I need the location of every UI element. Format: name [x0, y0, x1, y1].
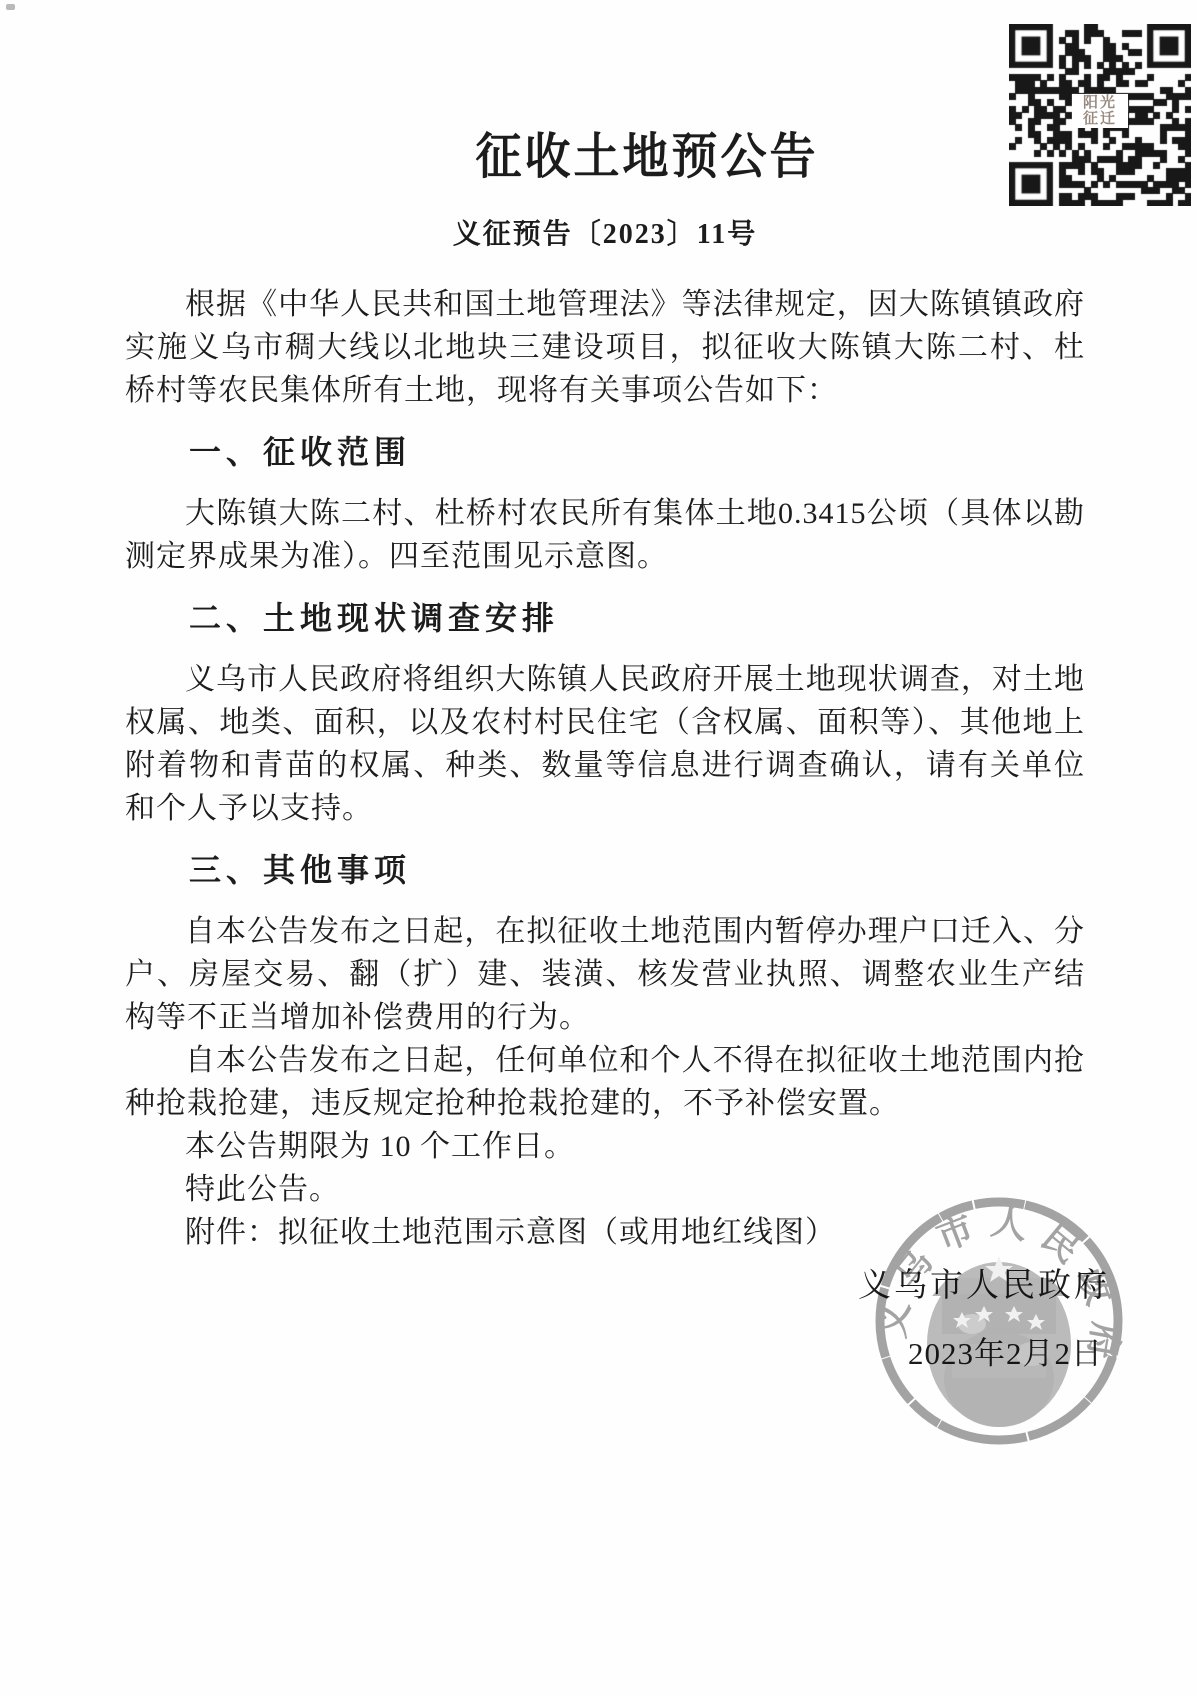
section-3-paragraph-1: 自本公告发布之日起，在拟征收土地范围内暂停办理户口迁入、分户、房屋交易、翻（扩）… [125, 910, 1085, 1039]
qr-code-label: 阳光 征迁 [1072, 94, 1128, 128]
section-1-paragraph: 大陈镇大陈二村、杜桥村农民所有集体土地0.3415公顷（具体以勘测定界成果为准）… [125, 492, 1085, 578]
scan-speck [6, 4, 15, 10]
section-2-paragraph: 义乌市人民政府将组织大陈镇人民政府开展土地现状调查，对土地权属、地类、面积，以及… [125, 658, 1085, 830]
intro-paragraph: 根据《中华人民共和国土地管理法》等法律规定，因大陈镇镇政府实施义乌市稠大线以北地… [125, 283, 1085, 412]
seal-emblem [927, 1256, 1071, 1427]
document-page: 阳光 征迁 征收土地预公告 义征预告〔2023〕11号 根据《中华人民共和国土地… [0, 0, 1199, 1696]
document-title: 征收土地预公告 [167, 126, 1127, 185]
qr-label-line1: 阳光 [1072, 95, 1128, 111]
document-number: 义征预告〔2023〕11号 [125, 215, 1085, 255]
document-body: 征收土地预公告 义征预告〔2023〕11号 根据《中华人民共和国土地管理法》等法… [0, 128, 1199, 1376]
official-seal: 义乌市人民政府 [872, 1194, 1126, 1448]
section-3-paragraph-3: 本公告期限为 10 个工作日。 [125, 1125, 1085, 1168]
section-heading-1: 一、征收范围 [125, 430, 1085, 474]
section-heading-2: 二、土地现状调查安排 [125, 596, 1085, 640]
section-heading-3: 三、其他事项 [125, 848, 1085, 892]
section-3-paragraph-2: 自本公告发布之日起，任何单位和个人不得在拟征收土地范围内抢种抢栽抢建，违反规定抢… [125, 1039, 1085, 1125]
qr-label-line2: 征迁 [1072, 111, 1128, 127]
